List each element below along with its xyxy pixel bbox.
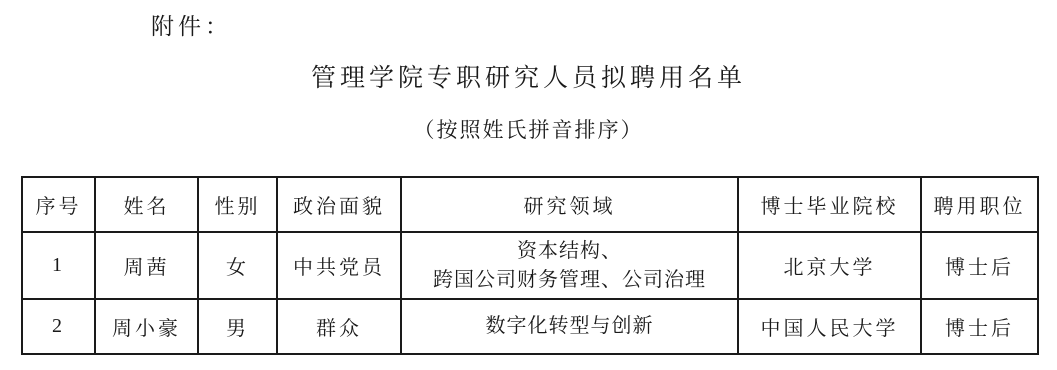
cell-position: 博士后 [921, 232, 1038, 299]
cell-gender: 男 [198, 299, 277, 354]
research-line: 跨国公司财务管理、公司治理 [404, 266, 735, 295]
cell-name: 周小豪 [95, 299, 198, 354]
cell-position: 博士后 [921, 299, 1038, 354]
header-name: 姓名 [95, 177, 198, 232]
cell-phd-university: 北京大学 [738, 232, 921, 299]
document-page: 附件： 管理学院专职研究人员拟聘用名单 （按照姓氏拼音排序） 序号 姓名 性别 … [0, 0, 1057, 370]
cell-serial-no: 1 [22, 232, 95, 299]
cell-name: 周茜 [95, 232, 198, 299]
page-title: 管理学院专职研究人员拟聘用名单 [0, 58, 1057, 94]
table-row: 2 周小豪 男 群众 数字化转型与创新 中国人民大学 博士后 [22, 299, 1038, 354]
header-gender: 性别 [198, 177, 277, 232]
table-header-row: 序号 姓名 性别 政治面貌 研究领域 博士毕业院校 聘用职位 [22, 177, 1038, 232]
attachment-label: 附件： [151, 8, 232, 41]
page-subtitle: （按照姓氏拼音排序） [0, 114, 1057, 144]
cell-political: 群众 [277, 299, 401, 354]
cell-gender: 女 [198, 232, 277, 299]
cell-phd-university: 中国人民大学 [738, 299, 921, 354]
cell-serial-no: 2 [22, 299, 95, 354]
research-line: 数字化转型与创新 [404, 312, 735, 341]
research-line: 资本结构、 [404, 237, 735, 266]
table-row: 1 周茜 女 中共党员 资本结构、 跨国公司财务管理、公司治理 北京大学 博士后 [22, 232, 1038, 299]
header-serial-no: 序号 [22, 177, 95, 232]
cell-political: 中共党员 [277, 232, 401, 299]
header-political: 政治面貌 [277, 177, 401, 232]
cell-research-field: 数字化转型与创新 [401, 299, 738, 354]
header-research-field: 研究领域 [401, 177, 738, 232]
cell-research-field: 资本结构、 跨国公司财务管理、公司治理 [401, 232, 738, 299]
header-phd-university: 博士毕业院校 [738, 177, 921, 232]
header-position: 聘用职位 [921, 177, 1038, 232]
hire-list-table: 序号 姓名 性别 政治面貌 研究领域 博士毕业院校 聘用职位 1 周茜 女 中共… [21, 176, 1039, 355]
